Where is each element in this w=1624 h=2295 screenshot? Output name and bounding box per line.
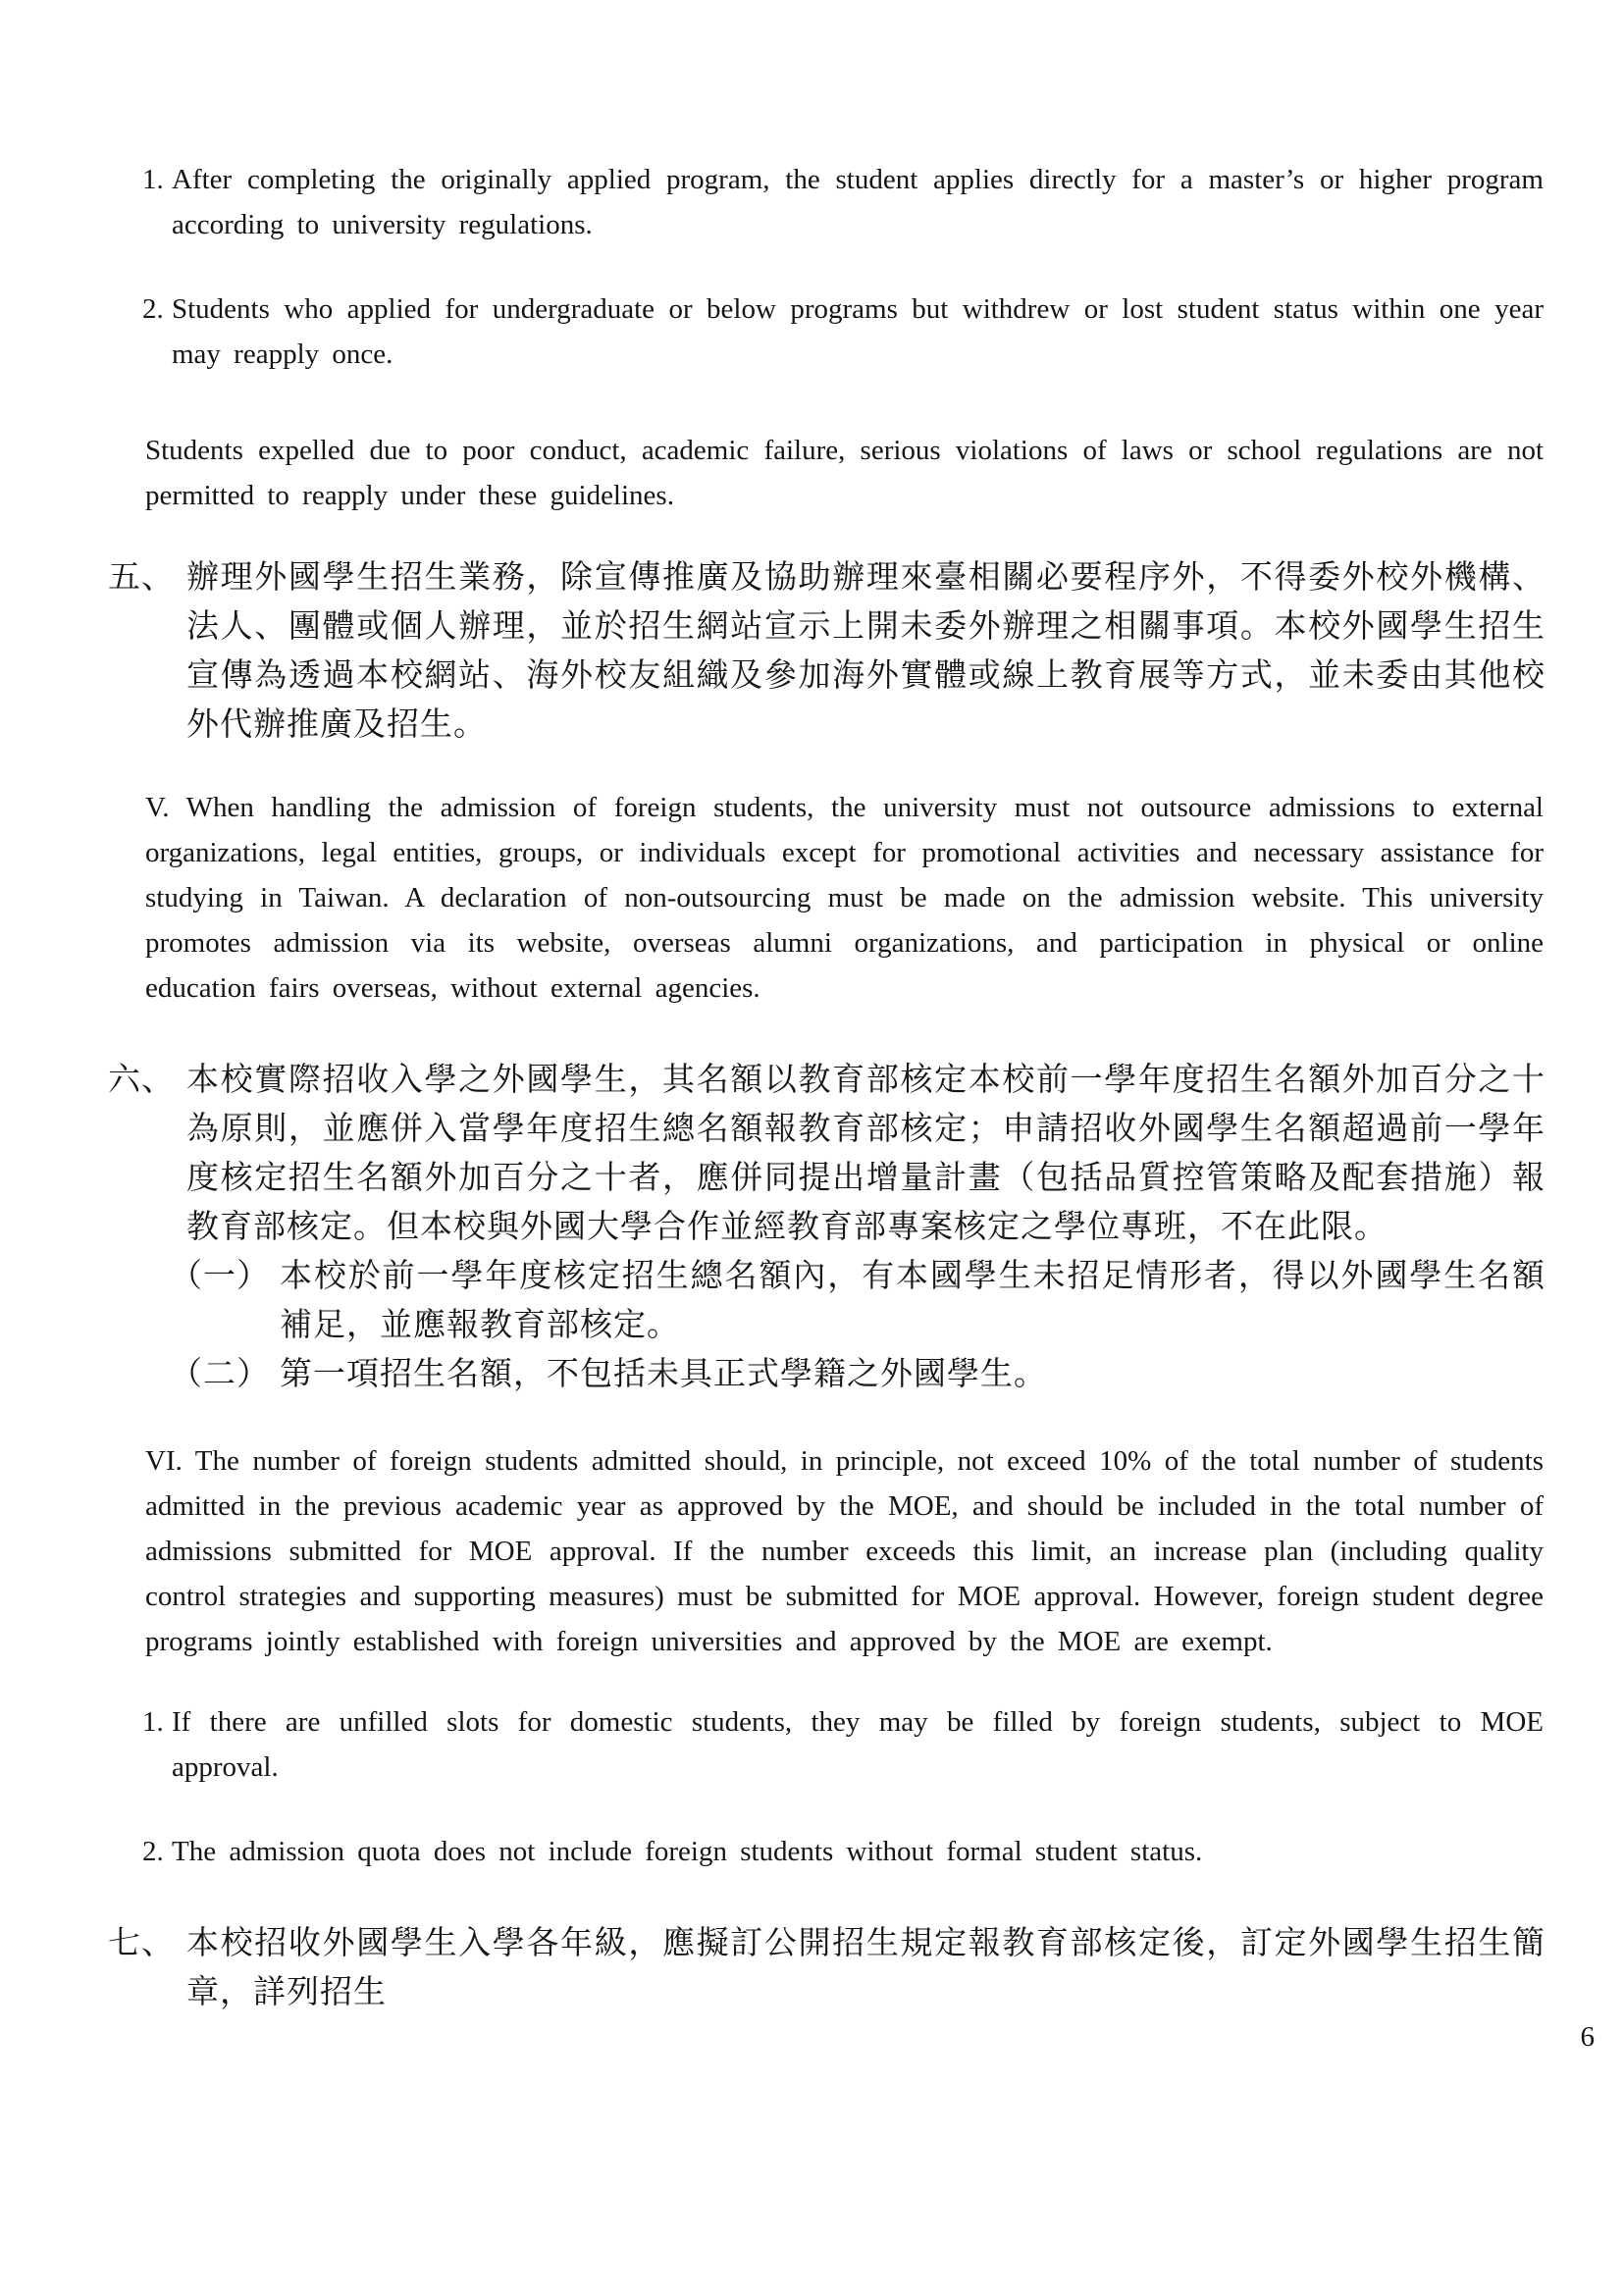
chinese-subitem-2: （二） 第一項招生名額，不包括未具正式學籍之外國學生。 [170, 1350, 1545, 1399]
list-item-1: 1. After completing the originally appli… [142, 157, 1544, 247]
document-page: 1. After completing the originally appli… [0, 0, 1624, 2295]
chinese-subitem-1: （一） 本校於前一學年度核定招生總名額內，有本國學生未招足情形者，得以外國學生名… [170, 1252, 1545, 1350]
list-item-number: 2. [142, 1829, 172, 1874]
english-paragraph-v: V. When handling the admission of foreig… [145, 785, 1544, 1011]
item-marker: 六、 [108, 1056, 186, 1252]
item-text: 本校招收外國學生入學各年級，應擬訂公開招生規定報教育部核定後，訂定外國學生招生簡… [186, 1919, 1545, 2017]
subitem-marker: （二） [170, 1350, 280, 1399]
list-item-number: 1. [142, 157, 172, 247]
item-text: 本校實際招收入學之外國學生，其名額以教育部核定本校前一學年度招生名額外加百分之十… [186, 1056, 1545, 1252]
subitem-text: 本校於前一學年度核定招生總名額內，有本國學生未招足情形者，得以外國學生名額補足，… [280, 1252, 1545, 1350]
list-item-text: Students who applied for undergraduate o… [172, 287, 1544, 377]
subitem-text: 第一項招生名額，不包括未具正式學籍之外國學生。 [280, 1350, 1545, 1399]
vi-list-item-1: 1. If there are unfilled slots for domes… [142, 1699, 1544, 1790]
vi-list-item-2: 2. The admission quota does not include … [142, 1829, 1544, 1874]
subitem-marker: （一） [170, 1252, 280, 1350]
list-item-2: 2. Students who applied for undergraduat… [142, 287, 1544, 377]
list-item-text: The admission quota does not include for… [172, 1829, 1544, 1874]
chinese-item-6: 六、 本校實際招收入學之外國學生，其名額以教育部核定本校前一學年度招生名額外加百… [108, 1056, 1545, 1252]
paragraph-expelled-students: Students expelled due to poor conduct, a… [145, 428, 1544, 518]
item-marker: 五、 [108, 553, 186, 750]
list-item-text: If there are unfilled slots for domestic… [172, 1699, 1544, 1790]
chinese-item-7: 七、 本校招收外國學生入學各年級，應擬訂公開招生規定報教育部核定後，訂定外國學生… [108, 1919, 1545, 2017]
item-marker: 七、 [108, 1919, 186, 2017]
page-number: 6 [1581, 2019, 1596, 2055]
chinese-item-5: 五、 辦理外國學生招生業務，除宣傳推廣及協助辦理來臺相關必要程序外，不得委外校外… [108, 553, 1545, 750]
list-item-text: After completing the originally applied … [172, 157, 1544, 247]
list-item-number: 2. [142, 287, 172, 377]
list-item-number: 1. [142, 1699, 172, 1790]
item-text: 辦理外國學生招生業務，除宣傳推廣及協助辦理來臺相關必要程序外，不得委外校外機構、… [186, 553, 1545, 750]
english-paragraph-vi: VI. The number of foreign students admit… [145, 1438, 1544, 1664]
